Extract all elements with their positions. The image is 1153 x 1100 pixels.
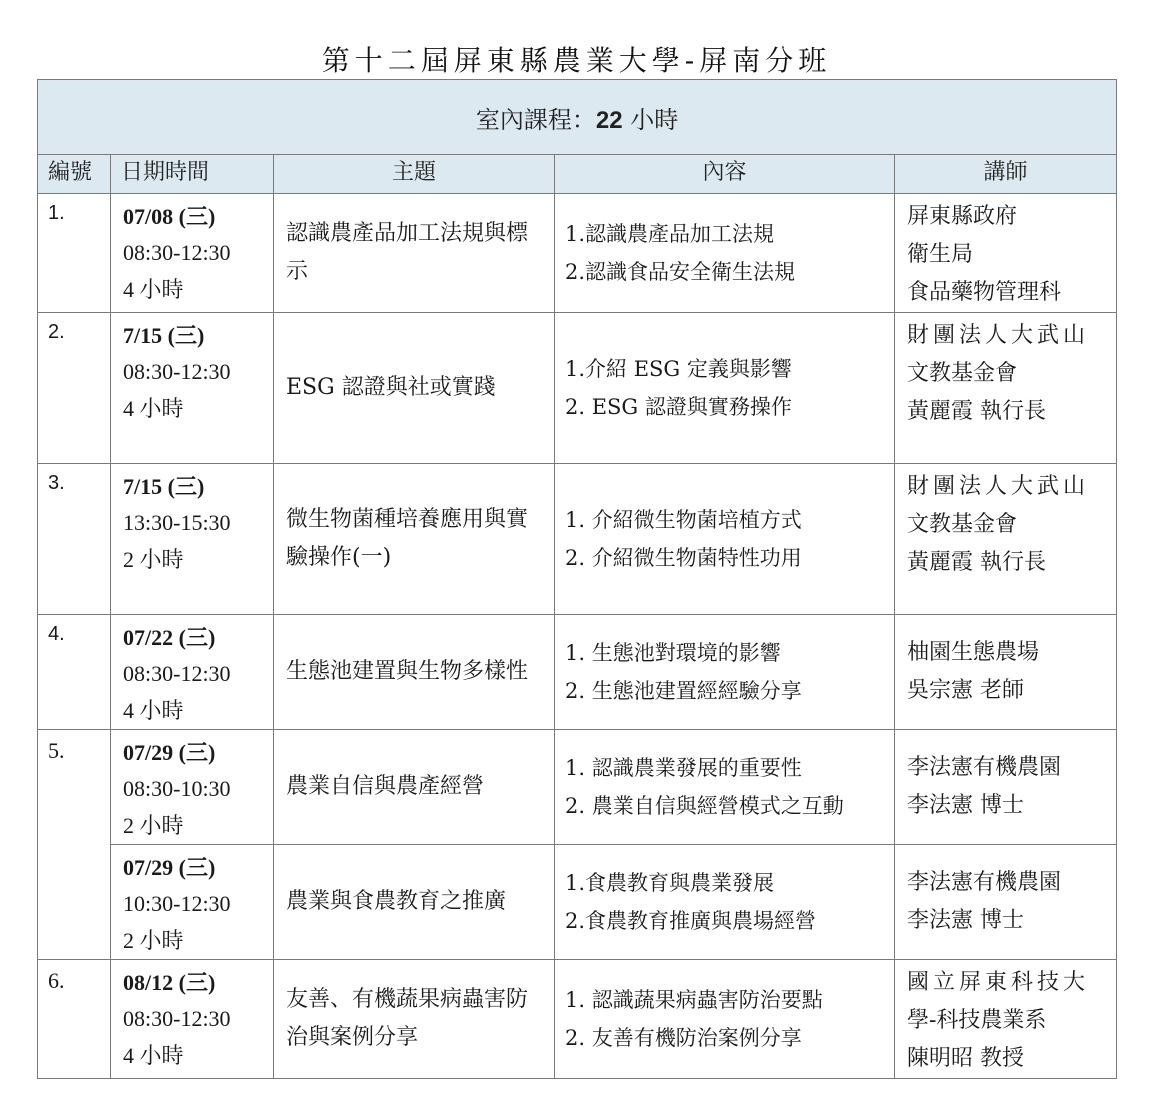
table-row: 3. 7/15 (三) 13:30-15:30 2 小時 微生物菌種培養應用與實… xyxy=(38,464,1117,615)
table-row: 2. 7/15 (三) 08:30-12:30 4 小時 ESG 認證與社或實踐… xyxy=(38,313,1117,464)
row-time: 08:30-12:30 xyxy=(123,655,273,692)
row-datetime: 07/08 (三) 08:30-12:30 4 小時 xyxy=(111,194,274,313)
lecturer-line: 黃麗霞 執行長 xyxy=(907,393,1110,431)
lecturer-line: 李法憲有機農園 xyxy=(907,749,1110,787)
lecturer-line: 財團法人大武山 xyxy=(907,317,1110,355)
content-item: 2. 生態池建置經經驗分享 xyxy=(565,672,888,710)
col-header-topic: 主題 xyxy=(274,155,555,194)
row-datetime: 07/29 (三) 10:30-12:30 2 小時 xyxy=(111,845,274,960)
row-hours: 2 小時 xyxy=(123,922,273,959)
content-item: 1. 認識蔬果病蟲害防治要點 xyxy=(565,981,888,1019)
row-number: 6. xyxy=(38,960,111,1079)
content-item: 2. ESG 認證與實務操作 xyxy=(565,388,888,426)
row-date: 07/22 (三) xyxy=(123,621,273,655)
row-time: 10:30-12:30 xyxy=(123,885,273,922)
lecturer-line: 陳明昭 教授 xyxy=(907,1040,1110,1078)
section-label: 室內課程： xyxy=(476,106,596,134)
row-lecturer: 李法憲有機農園 李法憲 博士 xyxy=(895,845,1117,960)
lecturer-line: 國立屏東科技大 xyxy=(907,964,1110,1002)
content-item: 2.認識食品安全衛生法規 xyxy=(565,253,888,291)
row-lecturer: 財團法人大武山 文教基金會 黃麗霞 執行長 xyxy=(895,464,1117,615)
content-item: 2. 農業自信與經營模式之互動 xyxy=(565,787,888,825)
content-item: 1. 介紹微生物菌培植方式 xyxy=(565,501,888,539)
row-topic: 農業自信與農產經營 xyxy=(274,730,555,845)
row-date: 08/12 (三) xyxy=(123,966,273,1000)
row-time: 08:30-12:30 xyxy=(123,353,273,390)
row-topic: 認識農產品加工法規與標示 xyxy=(274,194,555,313)
lecturer-line: 李法憲 博士 xyxy=(907,787,1110,825)
lecturer-line: 李法憲 博士 xyxy=(907,902,1110,940)
row-time: 08:30-12:30 xyxy=(123,234,273,271)
lecturer-line: 學-科技農業系 xyxy=(907,1002,1110,1040)
section-hours-unit: 小時 xyxy=(623,106,679,134)
content-item: 2. 友善有機防治案例分享 xyxy=(565,1019,888,1057)
row-number: 1. xyxy=(38,194,111,313)
lecturer-line: 柚園生態農場 xyxy=(907,634,1110,672)
row-lecturer: 屏東縣政府 衛生局 食品藥物管理科 xyxy=(895,194,1117,313)
row-content: 1. 介紹微生物菌培植方式 2. 介紹微生物菌特性功用 xyxy=(555,464,895,615)
content-item: 1. 生態池對環境的影響 xyxy=(565,634,888,672)
row-hours: 2 小時 xyxy=(123,541,273,578)
row-hours: 4 小時 xyxy=(123,692,273,729)
row-date: 07/29 (三) xyxy=(123,851,273,885)
document-title: 第十二屆屏東縣農業大學-屏南分班 xyxy=(0,39,1153,79)
row-datetime: 7/15 (三) 13:30-15:30 2 小時 xyxy=(111,464,274,615)
row-topic: ESG 認證與社或實踐 xyxy=(274,313,555,464)
table-row: 5. 07/29 (三) 08:30-10:30 2 小時 農業自信與農產經營 … xyxy=(38,730,1117,845)
row-topic: 微生物菌種培養應用與實驗操作(一) xyxy=(274,464,555,615)
row-lecturer: 柚園生態農場 吳宗憲 老師 xyxy=(895,615,1117,730)
col-header-lecturer: 講師 xyxy=(895,155,1117,194)
col-header-datetime: 日期時間 xyxy=(111,155,274,194)
row-number: 3. xyxy=(38,464,111,615)
table-row: 4. 07/22 (三) 08:30-12:30 4 小時 生態池建置與生物多樣… xyxy=(38,615,1117,730)
content-item: 2.食農教育推廣與農場經營 xyxy=(565,902,888,940)
row-content: 1. 認識蔬果病蟲害防治要點 2. 友善有機防治案例分享 xyxy=(555,960,895,1079)
row-content: 1. 生態池對環境的影響 2. 生態池建置經經驗分享 xyxy=(555,615,895,730)
section-hours: 22 xyxy=(596,107,623,134)
lecturer-line: 文教基金會 xyxy=(907,506,1110,544)
row-date: 07/08 (三) xyxy=(123,200,273,234)
row-lecturer: 李法憲有機農園 李法憲 博士 xyxy=(895,730,1117,845)
row-number: 2. xyxy=(38,313,111,464)
lecturer-line: 財團法人大武山 xyxy=(907,468,1110,506)
content-item: 1.認識農產品加工法規 xyxy=(565,215,888,253)
row-content: 1.認識農產品加工法規 2.認識食品安全衛生法規 xyxy=(555,194,895,313)
row-hours: 4 小時 xyxy=(123,390,273,427)
lecturer-line: 衛生局 xyxy=(907,236,1110,274)
col-header-content: 內容 xyxy=(555,155,895,194)
content-item: 1.食農教育與農業發展 xyxy=(565,864,888,902)
col-header-number: 編號 xyxy=(38,155,111,194)
table-row: 07/29 (三) 10:30-12:30 2 小時 農業與食農教育之推廣 1.… xyxy=(38,845,1117,960)
row-time: 08:30-10:30 xyxy=(123,770,273,807)
row-content: 1.食農教育與農業發展 2.食農教育推廣與農場經營 xyxy=(555,845,895,960)
row-content: 1. 認識農業發展的重要性 2. 農業自信與經營模式之互動 xyxy=(555,730,895,845)
row-hours: 2 小時 xyxy=(123,807,273,844)
row-topic: 生態池建置與生物多樣性 xyxy=(274,615,555,730)
row-date: 7/15 (三) xyxy=(123,319,273,353)
row-date: 7/15 (三) xyxy=(123,470,273,504)
row-datetime: 07/29 (三) 08:30-10:30 2 小時 xyxy=(111,730,274,845)
row-topic: 友善、有機蔬果病蟲害防治與案例分享 xyxy=(274,960,555,1079)
lecturer-line: 李法憲有機農園 xyxy=(907,864,1110,902)
content-item: 1. 認識農業發展的重要性 xyxy=(565,749,888,787)
row-content: 1.介紹 ESG 定義與影響 2. ESG 認證與實務操作 xyxy=(555,313,895,464)
table-row: 1. 07/08 (三) 08:30-12:30 4 小時 認識農產品加工法規與… xyxy=(38,194,1117,313)
row-lecturer: 國立屏東科技大 學-科技農業系 陳明昭 教授 xyxy=(895,960,1117,1079)
section-band: 室內課程：22 小時 xyxy=(38,80,1117,155)
lecturer-line: 吳宗憲 老師 xyxy=(907,672,1110,710)
row-date: 07/29 (三) xyxy=(123,736,273,770)
row-time: 13:30-15:30 xyxy=(123,504,273,541)
row-datetime: 7/15 (三) 08:30-12:30 4 小時 xyxy=(111,313,274,464)
row-datetime: 07/22 (三) 08:30-12:30 4 小時 xyxy=(111,615,274,730)
row-datetime: 08/12 (三) 08:30-12:30 4 小時 xyxy=(111,960,274,1079)
content-item: 2. 介紹微生物菌特性功用 xyxy=(565,539,888,577)
lecturer-line: 文教基金會 xyxy=(907,355,1110,393)
column-header-row: 編號 日期時間 主題 內容 講師 xyxy=(38,155,1117,194)
row-number: 5. xyxy=(38,730,111,960)
lecturer-line: 黃麗霞 執行長 xyxy=(907,544,1110,582)
course-schedule-table: 室內課程：22 小時 編號 日期時間 主題 內容 講師 1. 07/08 (三)… xyxy=(37,79,1117,1079)
row-hours: 4 小時 xyxy=(123,1037,273,1074)
lecturer-line: 屏東縣政府 xyxy=(907,198,1110,236)
lecturer-line: 食品藥物管理科 xyxy=(907,274,1110,312)
row-hours: 4 小時 xyxy=(123,271,273,308)
table-row: 6. 08/12 (三) 08:30-12:30 4 小時 友善、有機蔬果病蟲害… xyxy=(38,960,1117,1079)
content-item: 1.介紹 ESG 定義與影響 xyxy=(565,350,888,388)
row-topic: 農業與食農教育之推廣 xyxy=(274,845,555,960)
row-number: 4. xyxy=(38,615,111,730)
row-lecturer: 財團法人大武山 文教基金會 黃麗霞 執行長 xyxy=(895,313,1117,464)
row-time: 08:30-12:30 xyxy=(123,1000,273,1037)
